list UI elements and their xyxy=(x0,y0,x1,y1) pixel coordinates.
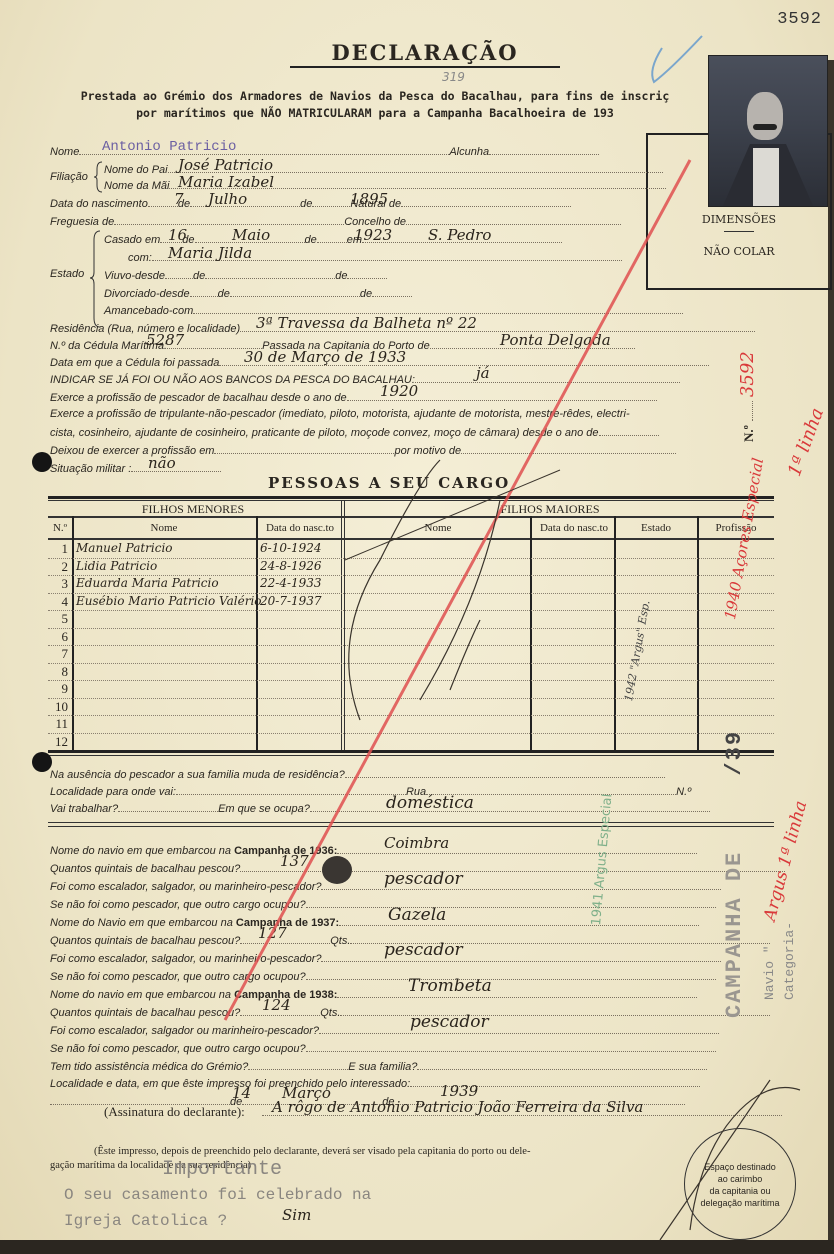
n-label: N.º xyxy=(676,786,691,798)
label: Se não foi como pescador, que outro carg… xyxy=(50,899,306,911)
child-name: Eusébio Mario Patricio Valério xyxy=(76,594,262,608)
deixou-row: Deixou de exercer a profissão empor moti… xyxy=(50,443,676,457)
c1937-como: pescador xyxy=(384,940,463,960)
table-row xyxy=(48,663,774,664)
ausencia-row: Na ausência do pescador a sua familia mu… xyxy=(50,767,665,781)
divider xyxy=(48,826,774,827)
militar-value: não xyxy=(148,454,176,472)
pescador-row: Exerce a profissão de pescador de bacalh… xyxy=(50,390,657,404)
punch-hole xyxy=(32,752,52,772)
col-num: N.º xyxy=(48,522,72,534)
alcunha-label: Alcunha xyxy=(449,146,489,158)
tripulante-label: cista, cosinheiro, ajudante de cosinheir… xyxy=(50,427,599,439)
spouse-value: Maria Jilda xyxy=(168,244,252,262)
c1938-quintais: 124 xyxy=(262,996,291,1014)
localidade-row: Localidade para onde vai:RuaN.º xyxy=(50,784,691,798)
nome-label: Nome xyxy=(50,146,79,158)
col-data-maiores: Data do nasc.to xyxy=(532,522,616,534)
stamp-circle-text: Espaço destinado ao carimbo da capitania… xyxy=(685,1161,795,1209)
c1938-como: pescador xyxy=(410,1012,489,1032)
row-number: 2 xyxy=(48,559,68,575)
campanha-year: /39 xyxy=(722,730,747,776)
stamp-line-2: Igreja Catolica ? xyxy=(64,1212,227,1230)
col-divider xyxy=(344,500,345,750)
mae-label: Nome da Mãi xyxy=(104,180,169,192)
table-bottom-rule xyxy=(48,755,774,756)
punch-hole xyxy=(32,452,52,472)
divider xyxy=(48,822,774,823)
label: Nome do navio em que embarcou na xyxy=(50,845,231,857)
subtitle: Prestada ao Grémio dos Armadores de Navi… xyxy=(30,88,720,122)
capitania-value: Ponta Delgada xyxy=(500,331,611,349)
label: Nome do navio em que embarcou na xyxy=(50,989,231,1001)
cedula-date-label: Data em que a Cédula foi passada xyxy=(50,357,219,369)
motivo-label: por motivo de xyxy=(394,445,461,457)
child-name: Lidia Patricio xyxy=(76,559,157,573)
label: Se não foi como pescador, que outro carg… xyxy=(50,1043,306,1055)
freguesia-row: Freguesia deConcelho de xyxy=(50,214,621,228)
nasc-year: 1895 xyxy=(350,190,388,208)
qts-label: Qts. xyxy=(330,935,350,947)
casado-month: Maio xyxy=(232,226,270,244)
photo-box-text: NÃO COLAR xyxy=(648,245,830,258)
campanha-stamp-text: CAMPANHA DE xyxy=(722,851,747,1018)
localidade-label: Localidade para onde vai: xyxy=(50,786,176,798)
child-birthdate: 6-10-1924 xyxy=(260,541,322,555)
nasc-day: 7 xyxy=(174,190,184,208)
child-name: Manuel Patricio xyxy=(76,541,173,555)
table-row xyxy=(48,680,774,681)
categoria-label: Categoria- xyxy=(782,922,797,1000)
date-day: 14 xyxy=(232,1084,251,1102)
table-top-rule xyxy=(48,496,774,499)
casado-place: S. Pedro xyxy=(428,226,491,244)
trabalhar-label: Vai trabalhar? xyxy=(50,803,118,815)
pai-label: Nome do Pai xyxy=(104,164,168,176)
de-label: de xyxy=(305,234,317,246)
row-number: 3 xyxy=(48,576,68,592)
c1938-navio-row: Nome do navio em que embarcou na Campanh… xyxy=(50,987,697,1001)
tripulante-row: cista, cosinheiro, ajudante de cosinheir… xyxy=(50,425,659,439)
footnote-line-1: (Êste impresso, depois de preenchido pel… xyxy=(94,1146,530,1157)
c1938-navio: Trombeta xyxy=(408,976,492,996)
nome-value: Antonio Patricio xyxy=(102,139,236,155)
militar-row: Situação militar : xyxy=(50,461,221,475)
brace xyxy=(90,230,102,328)
row-number: 6 xyxy=(48,629,68,645)
ausencia-label: Na ausência do pescador a sua familia mu… xyxy=(50,769,345,781)
filhos-menores-header: FILHOS MENORES xyxy=(48,502,338,517)
pai-value: José Patricio xyxy=(178,156,273,174)
stamp-answer: Sim xyxy=(282,1206,311,1224)
col-estado: Estado xyxy=(616,522,696,534)
table-row xyxy=(48,733,774,734)
check-mark-icon xyxy=(640,30,710,90)
row-number: 5 xyxy=(48,611,68,627)
signature-value: A rôgo de Antonio Patricio João Ferreira… xyxy=(272,1098,643,1116)
label: E sua familia? xyxy=(348,1061,417,1073)
numero-label: N.º xyxy=(741,425,756,442)
label: Foi como escalador, salgador ou marinhei… xyxy=(50,1025,319,1037)
circle-line: ao carimbo xyxy=(685,1173,795,1185)
nascimento-row: Data do nascimentodedeNatural de xyxy=(50,196,571,210)
circle-line: Espaço destinado xyxy=(685,1161,795,1173)
cedula-date-value: 30 de Março de 1933 xyxy=(244,348,406,366)
photo-box-text: DIMENSÕES xyxy=(648,213,830,226)
subtitle-line-2: por marítimos que NÃO MATRICULARAM para … xyxy=(30,105,720,122)
row-number: 1 xyxy=(48,541,68,557)
signature-label: (Assinatura do declarante): xyxy=(104,1104,245,1120)
child-name: Eduarda Maria Patricio xyxy=(76,576,219,590)
freguesia-label: Freguesia de xyxy=(50,216,114,228)
qts-label: Qts. xyxy=(320,1007,340,1019)
row-number: 9 xyxy=(48,681,68,697)
subtitle-line-1: Prestada ao Grémio dos Armadores de Navi… xyxy=(30,88,720,105)
deixou-label: Deixou de exercer a profissão em xyxy=(50,445,214,457)
circle-line: da capitania ou xyxy=(685,1185,795,1197)
label: Se não foi como pescador, que outro carg… xyxy=(50,971,306,983)
de-label: de xyxy=(218,288,230,300)
numero-note: N.º 3592 xyxy=(737,351,758,442)
row-number: 11 xyxy=(48,716,68,732)
bancos-row: INDICAR SE JÁ FOI OU NÃO AOS BANCOS DA P… xyxy=(50,372,680,386)
col-nome: Nome xyxy=(72,522,256,534)
casado-day: 16 xyxy=(168,226,187,244)
row-number: 8 xyxy=(48,664,68,680)
c1936-navio: Coimbra xyxy=(384,834,449,852)
pescador-value: 1920 xyxy=(380,382,418,400)
table-rule xyxy=(48,516,774,518)
table-rule xyxy=(48,538,774,540)
label: Quantos quintais de bacalhau pescou? xyxy=(50,935,240,947)
c1937-quintais: 127 xyxy=(258,924,287,942)
viuvo-row: Viuvo-desdedede xyxy=(104,268,387,282)
nasc-month: Julho xyxy=(208,190,247,208)
filhos-maiores-header: FILHOS MAIORES xyxy=(400,502,700,517)
child-birthdate: 20-7-1937 xyxy=(260,594,322,608)
ocupa-value: doméstica xyxy=(386,793,474,813)
table-row xyxy=(48,698,774,699)
label: Foi como escalador, salgador, ou marinhe… xyxy=(50,881,321,893)
tripulante-label: Exerce a profissão de tripulante-não-pes… xyxy=(50,408,630,420)
table-row xyxy=(48,610,774,611)
com-label: com: xyxy=(128,252,152,264)
table-bottom-rule xyxy=(48,750,774,753)
table-row xyxy=(48,628,774,629)
label: Quantos quintais de bacalhau pescou? xyxy=(50,863,240,875)
pencil-note: 319 xyxy=(442,70,465,84)
row-number: 7 xyxy=(48,646,68,662)
mae-value: Maria Izabel xyxy=(178,173,274,191)
c1938-como-row: Foi como escalador, salgador ou marinhei… xyxy=(50,1023,719,1037)
section-title: PESSOAS A SEU CARGO xyxy=(268,474,510,492)
campanha-label: Campanha de 1937: xyxy=(236,917,339,929)
c1936-outro-row: Se não foi como pescador, que outro carg… xyxy=(50,897,716,911)
row-number: 12 xyxy=(48,734,68,750)
bancos-label: INDICAR SE JÁ FOI OU NÃO AOS BANCOS DA P… xyxy=(50,374,415,386)
de-label: de xyxy=(300,198,312,210)
row-number: 10 xyxy=(48,699,68,715)
col-nome-maiores: Nome xyxy=(346,522,530,534)
c1936-como: pescador xyxy=(384,869,463,889)
de-label: de xyxy=(193,270,205,282)
de-label: de xyxy=(335,270,347,282)
table-row xyxy=(48,645,774,646)
col-data: Data do nasc.to xyxy=(258,522,342,534)
label: Localidade e data, em que êste impresso … xyxy=(50,1078,410,1090)
table-top-rule xyxy=(48,500,774,501)
residencia-value: 3ª Travessa da Balheta nº 22 xyxy=(256,314,477,332)
stamp-circle: Espaço destinado ao carimbo da capitania… xyxy=(684,1128,796,1240)
de-label: de xyxy=(360,288,372,300)
nasc-label: Data do nascimento xyxy=(50,198,148,210)
navio-label: Navio " xyxy=(762,945,777,1000)
estado-label: Estado xyxy=(50,268,84,280)
portrait-photo xyxy=(708,55,828,207)
photo-box-divider xyxy=(724,231,754,232)
label: Nome do Navio em que embarcou na xyxy=(50,917,233,929)
c1938-outro-row: Se não foi como pescador, que outro carg… xyxy=(50,1041,716,1055)
child-birthdate: 24-8-1926 xyxy=(260,559,322,573)
cedula-value: 5287 xyxy=(146,331,184,349)
page-title: DECLARAÇÃO xyxy=(290,40,560,68)
militar-label: Situação militar : xyxy=(50,463,131,475)
divorciado-row: Divorciado-desdedede xyxy=(104,286,412,300)
bancos-value: já xyxy=(476,364,490,382)
viuvo-label: Viuvo-desde xyxy=(104,270,165,282)
pescador-label: Exerce a profissão de pescador de bacalh… xyxy=(50,392,347,404)
casado-label: Casado em xyxy=(104,234,160,246)
label: Tem tido assistência médica do Grémio? xyxy=(50,1061,248,1073)
numero-value: 3592 xyxy=(737,351,758,397)
row-number: 4 xyxy=(48,594,68,610)
child-birthdate: 22-4-1933 xyxy=(260,576,322,590)
label: Quantos quintais de bacalhau pescou? xyxy=(50,1007,240,1019)
divorciado-label: Divorciado-desde xyxy=(104,288,190,300)
stamp-line-1: O seu casamento foi celebrado na xyxy=(64,1186,371,1204)
circle-line: delegação marítima xyxy=(685,1197,795,1209)
campanha-stamp: CAMPANHA DE /39 xyxy=(722,730,747,1018)
c1936-quintais: 137 xyxy=(280,852,309,870)
ocupa-label: Em que se ocupa? xyxy=(218,803,310,815)
localidade-data-row: Localidade e data, em que êste impresso … xyxy=(50,1076,700,1090)
serial-number: 3592 xyxy=(777,10,822,29)
stamp-title: Importante xyxy=(162,1158,282,1181)
label: Foi como escalador, salgador, ou marinhe… xyxy=(50,953,321,965)
c1937-navio: Gazela xyxy=(388,905,446,925)
filiacao-label: Filiação xyxy=(50,171,88,183)
c1937-outro-row: Se não foi como pescador, que outro carg… xyxy=(50,969,716,983)
table-row xyxy=(48,715,774,716)
assistencia-row: Tem tido assistência médica do Grémio?E … xyxy=(50,1059,707,1073)
page-edge-bottom xyxy=(0,1240,834,1254)
casado-year: 1923 xyxy=(354,226,392,244)
brace xyxy=(94,161,104,193)
amancebado-label: Amancebado-com xyxy=(104,305,193,317)
col-divider xyxy=(341,500,342,750)
